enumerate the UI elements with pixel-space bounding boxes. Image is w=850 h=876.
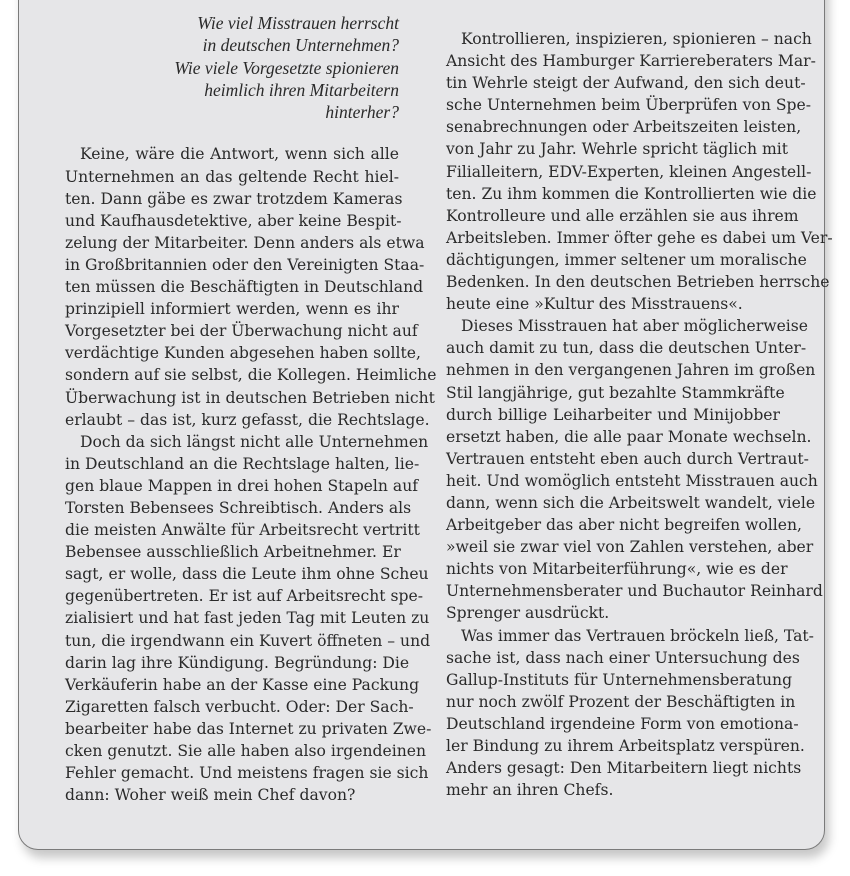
text-line: heute eine »Kultur des Misstrauens«.: [446, 293, 780, 315]
text-line: nur noch zwölf Prozent der Beschäftigten…: [446, 691, 780, 713]
text-line: zialisiert und hat fast jeden Tag mit Le…: [65, 607, 399, 629]
text-line: Deutschland irgendeine Form von emotiona…: [446, 713, 780, 735]
text-line: Unternehmensberater und Buchautor Reinha…: [446, 580, 780, 602]
text-line: tun, die irgendwann ein Kuvert öffneten …: [65, 630, 399, 652]
text-line: Überwachung ist in deutschen Betrieben n…: [65, 387, 399, 409]
text-line: und Kaufhausdetektive, aber keine Bespit…: [65, 210, 399, 232]
text-line: Ansicht des Hamburger Karriereberaters M…: [446, 50, 780, 72]
text-line: Bedenken. In den deutschen Betrieben her…: [446, 271, 780, 293]
left-column: Wie viel Misstrauen herrscht in deutsche…: [65, 6, 399, 806]
lede-line: heimlich ihren Mitarbeitern: [65, 79, 399, 101]
lede-line: in deutschen Unternehmen?: [65, 34, 399, 56]
text-line: Doch da sich längst nicht alle Unternehm…: [65, 431, 399, 453]
text-line: Vertrauen entsteht eben auch durch Vertr…: [446, 448, 780, 470]
text-line: ler Bindung zu ihrem Arbeitsplatz verspü…: [446, 735, 780, 757]
text-line: dann: Woher weiß mein Chef davon?: [65, 784, 399, 806]
paragraph-legal-situation: Keine, wäre die Antwort, wenn sich alle …: [65, 143, 399, 430]
text-line: dann, wenn sich die Arbeitswelt wandelt,…: [446, 492, 780, 514]
text-line: gegenübertreten. Er ist auf Arbeitsrecht…: [65, 585, 399, 607]
lede-questions: Wie viel Misstrauen herrscht in deutsche…: [65, 12, 399, 123]
text-line: die meisten Anwälte für Arbeitsrecht ver…: [65, 519, 399, 541]
text-line: Stil langjährige, gut bezahlte Stammkräf…: [446, 382, 780, 404]
text-line: ersetzt haben, die alle paar Monate wech…: [446, 426, 780, 448]
text-line: zelung der Mitarbeiter. Denn anders als …: [65, 232, 399, 254]
text-line: verdächtige Kunden abgesehen haben sollt…: [65, 342, 399, 364]
text-line: bearbeiter habe das Internet zu privaten…: [65, 718, 399, 740]
text-line: ten. Dann gäbe es zwar trotzdem Kameras: [65, 188, 399, 210]
text-line: nehmen in den vergangenen Jahren im groß…: [446, 359, 780, 381]
text-line: Zigaretten falsch verbucht. Oder: Der Sa…: [65, 696, 399, 718]
text-line: Was immer das Vertrauen bröckeln ließ, T…: [446, 625, 780, 647]
lede-line: Wie viele Vorgesetzte spionieren: [65, 57, 399, 79]
paragraph-wehrle: Kontrollieren, inspizieren, spionieren –…: [446, 28, 780, 315]
text-line: Verkäuferin habe an der Kasse eine Packu…: [65, 674, 399, 696]
text-line: nichts von Mitarbeiterführung«, wie es d…: [446, 558, 780, 580]
text-line: von Jahr zu Jahr. Wehrle spricht täglich…: [446, 138, 780, 160]
text-line: gen blaue Mappen in drei hohen Stapeln a…: [65, 475, 399, 497]
text-line: heit. Und womöglich entsteht Misstrauen …: [446, 470, 780, 492]
text-line: tin Wehrle steigt der Aufwand, den sich …: [446, 72, 780, 94]
text-line: sagt, er wolle, dass die Leute ihm ohne …: [65, 563, 399, 585]
text-line: Dieses Misstrauen hat aber möglicherweis…: [446, 315, 780, 337]
text-line: dächtigungen, immer seltener um moralisc…: [446, 249, 780, 271]
text-line: Vorgesetzter bei der Überwachung nicht a…: [65, 320, 399, 342]
text-line: durch billige Leiharbeiter und Minijobbe…: [446, 404, 780, 426]
text-line: Keine, wäre die Antwort, wenn sich alle: [65, 143, 399, 165]
lede-line: Wie viel Misstrauen herrscht: [65, 12, 399, 34]
text-line: sache ist, dass nach einer Untersuchung …: [446, 647, 780, 669]
text-line: senabrechnungen oder Arbeitszeiten leist…: [446, 116, 780, 138]
paragraph-bebensee: Doch da sich längst nicht alle Unternehm…: [65, 431, 399, 807]
text-line: in Großbritannien oder den Vereinigten S…: [65, 254, 399, 276]
text-line: Torsten Bebensees Schreibtisch. Anders a…: [65, 497, 399, 519]
text-line: ten. Zu ihm kommen die Kontrollierten wi…: [446, 183, 780, 205]
text-line: Filialleitern, EDV-Experten, kleinen Ang…: [446, 161, 780, 183]
text-line: Arbeitgeber das aber nicht begreifen wol…: [446, 514, 780, 536]
text-line: cken genutzt. Sie alle haben also irgend…: [65, 740, 399, 762]
text-line: Fehler gemacht. Und meistens fragen sie …: [65, 762, 399, 784]
text-line: in Deutschland an die Rechtslage halten,…: [65, 453, 399, 475]
paragraph-gallup: Was immer das Vertrauen bröckeln ließ, T…: [446, 625, 780, 802]
text-line: Unternehmen an das geltende Recht hiel-: [65, 166, 399, 188]
text-line: Kontrollieren, inspizieren, spionieren –…: [446, 28, 780, 50]
paragraph-misstrauen: Dieses Misstrauen hat aber möglicherweis…: [446, 315, 780, 624]
text-line: Anders gesagt: Den Mitarbeitern liegt ni…: [446, 757, 780, 779]
text-line: »weil sie zwar viel von Zahlen verstehen…: [446, 536, 780, 558]
text-line: Sprenger ausdrückt.: [446, 602, 780, 624]
text-line: darin lag ihre Kündigung. Begründung: Di…: [65, 652, 399, 674]
text-line: auch damit zu tun, dass die deutschen Un…: [446, 337, 780, 359]
text-line: Arbeitsleben. Immer öfter gehe es dabei …: [446, 227, 780, 249]
right-column: Kontrollieren, inspizieren, spionieren –…: [446, 28, 780, 801]
text-line: sondern auf sie selbst, die Kollegen. He…: [65, 364, 399, 386]
text-line: prinzipiell informiert werden, wenn es i…: [65, 298, 399, 320]
text-line: sche Unternehmen beim Überprüfen von Spe…: [446, 94, 780, 116]
lede-line: hinterher?: [65, 101, 399, 123]
text-line: mehr an ihren Chefs.: [446, 779, 780, 801]
text-line: Bebensee ausschließlich Arbeitnehmer. Er: [65, 541, 399, 563]
text-line: Kontrolleure und alle erzählen sie aus i…: [446, 205, 780, 227]
text-line: erlaubt – das ist, kurz gefasst, die Rec…: [65, 409, 399, 431]
text-line: ten müssen die Beschäftigten in Deutschl…: [65, 276, 399, 298]
text-line: Gallup-Instituts für Unternehmensberatun…: [446, 669, 780, 691]
